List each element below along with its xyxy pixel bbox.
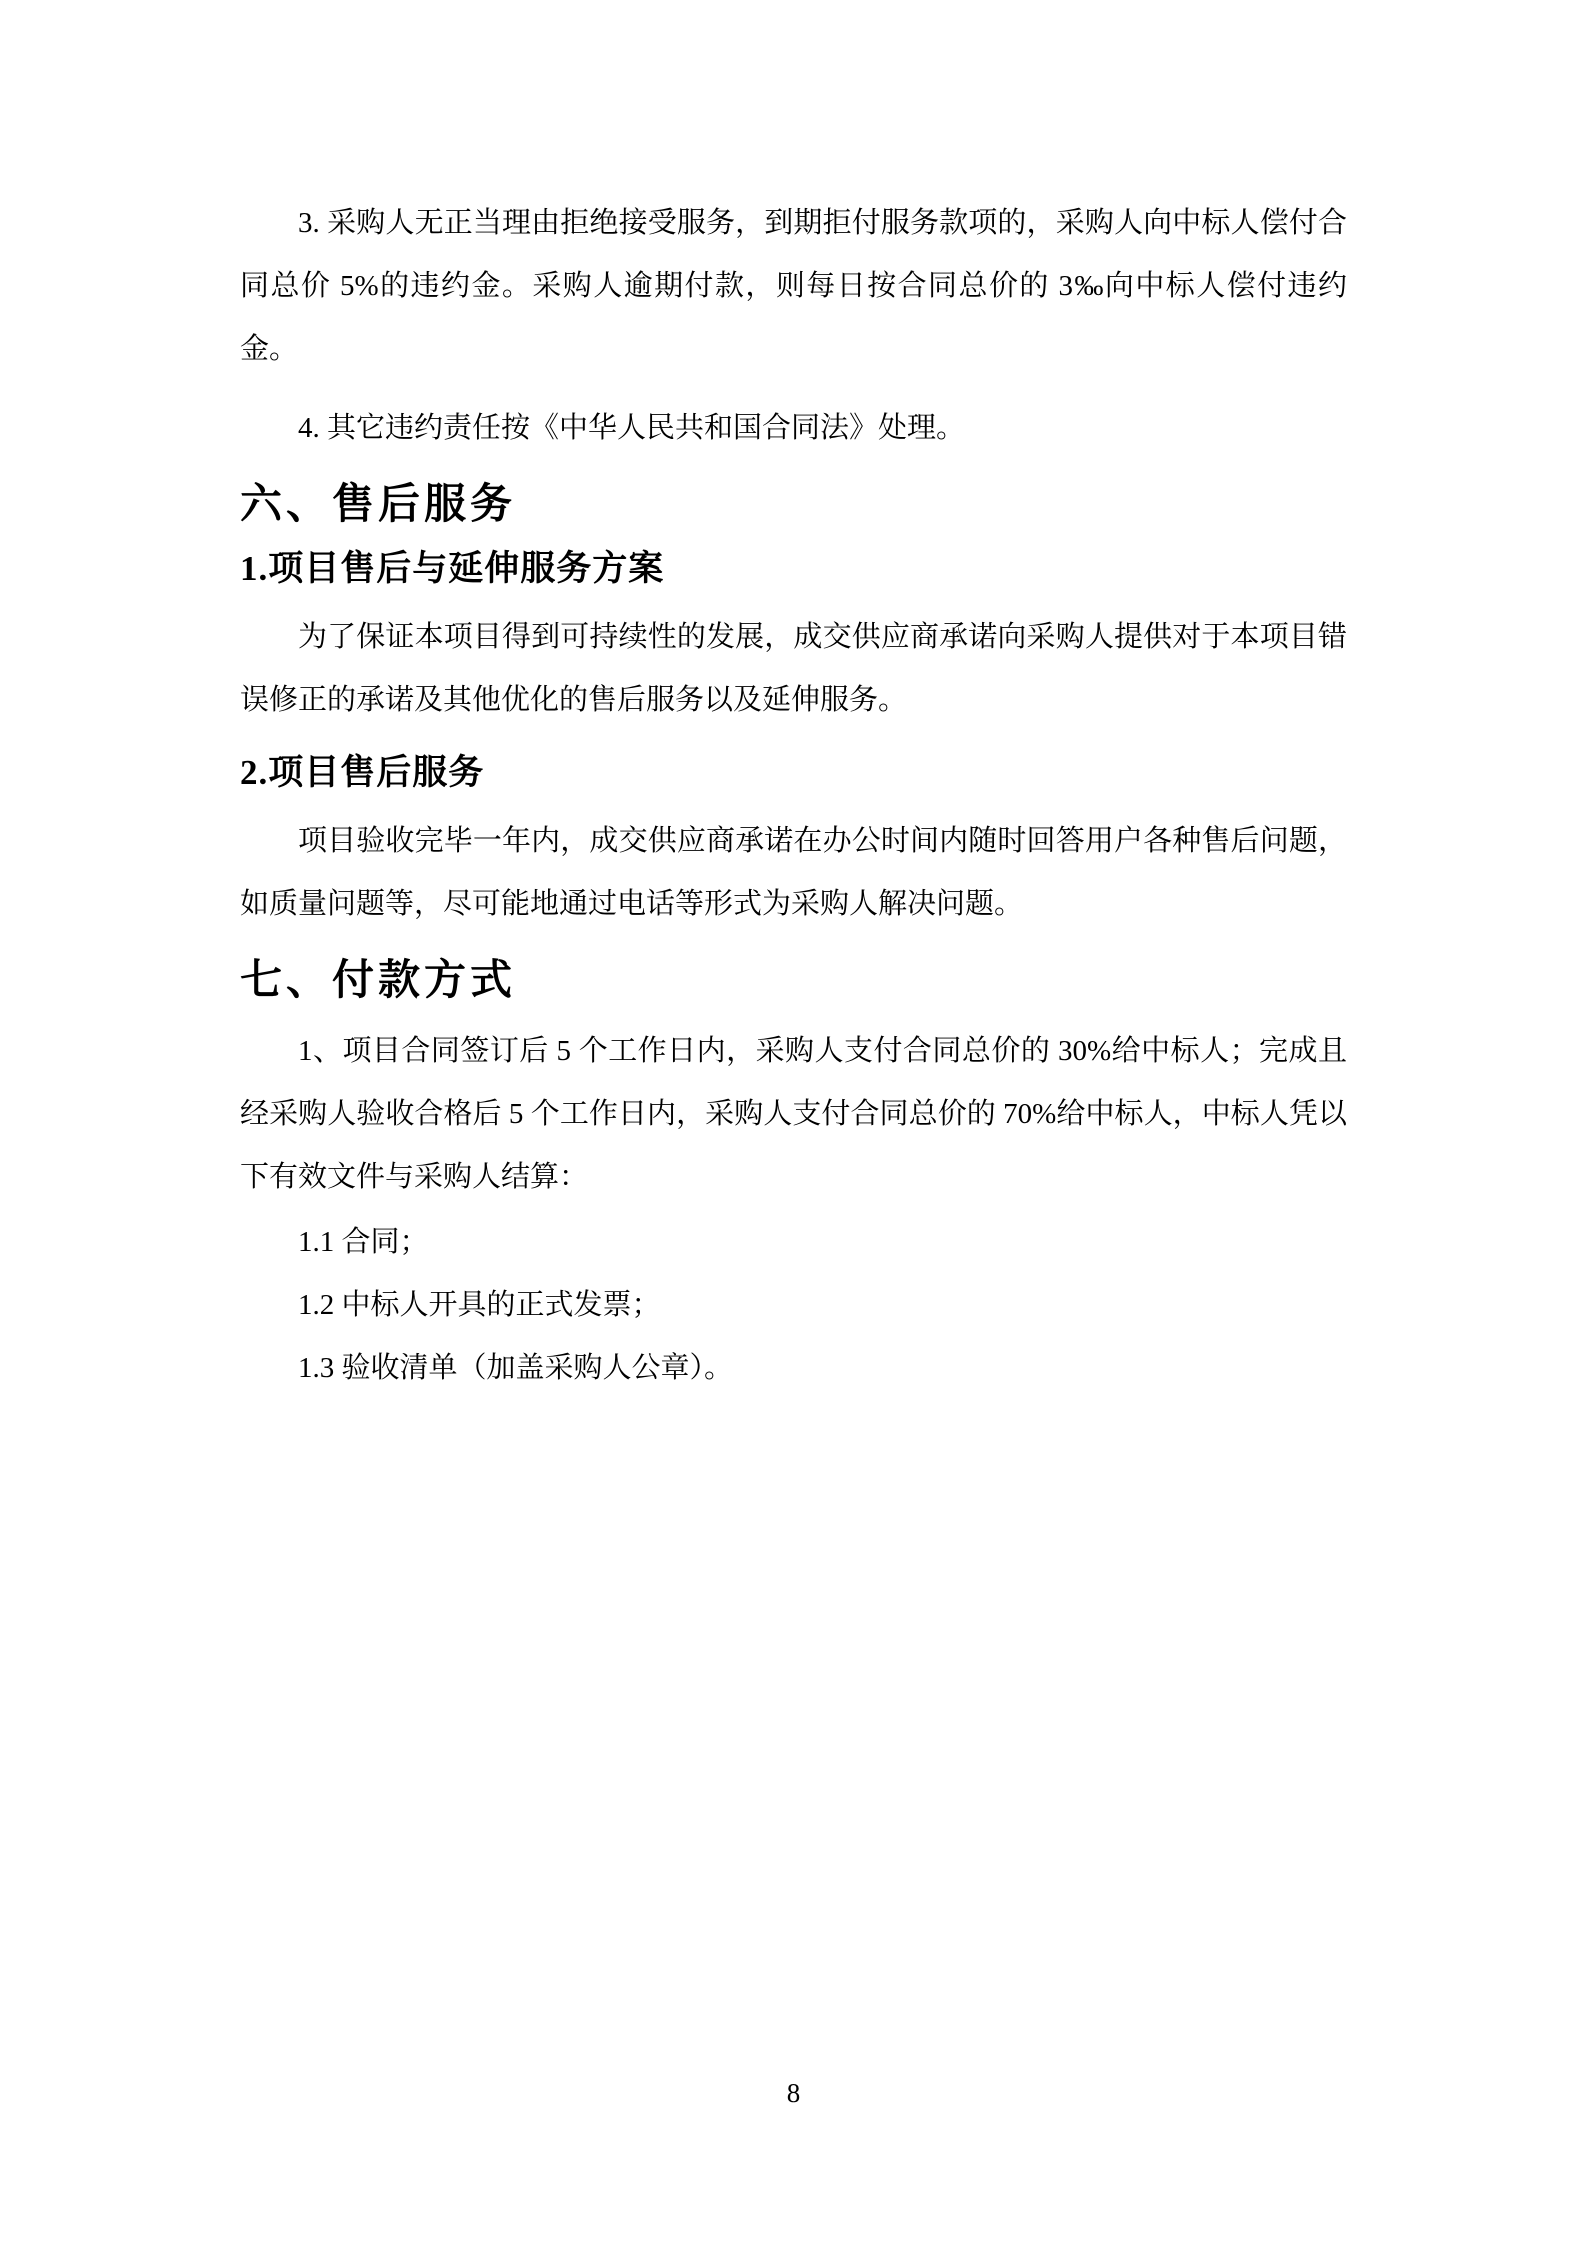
clause-3-breach-paragraph: 3. 采购人无正当理由拒绝接受服务，到期拒付服务款项的，采购人向中标人偿付合同总… xyxy=(240,192,1347,381)
settlement-item-acceptance-list: 1.3 验收清单（加盖采购人公章）。 xyxy=(240,1337,1347,1400)
subsection-6-1-paragraph: 为了保证本项目得到可持续性的发展，成交供应商承诺向采购人提供对于本项目错误修正的… xyxy=(240,606,1347,732)
subsection-6-2-heading: 2.项目售后服务 xyxy=(240,748,1347,798)
clause-4-other-liability-paragraph: 4. 其它违约责任按《中华人民共和国合同法》处理。 xyxy=(240,397,1347,460)
subsection-6-1-heading: 1.项目售后与延伸服务方案 xyxy=(240,544,1347,594)
document-content: 3. 采购人无正当理由拒绝接受服务，到期拒付服务款项的，采购人向中标人偿付合同总… xyxy=(0,0,1587,1400)
section-6-after-sales-heading: 六、售后服务 xyxy=(240,476,1347,534)
subsection-6-2-paragraph: 项目验收完毕一年内，成交供应商承诺在办公时间内随时回答用户各种售后问题，如质量问… xyxy=(240,810,1347,936)
section-7-payment-heading: 七、付款方式 xyxy=(240,952,1347,1010)
settlement-item-contract: 1.1 合同； xyxy=(240,1211,1347,1274)
page-number: 8 xyxy=(0,2078,1587,2108)
document-page: 3. 采购人无正当理由拒绝接受服务，到期拒付服务款项的，采购人向中标人偿付合同总… xyxy=(0,0,1587,2245)
payment-terms-paragraph: 1、项目合同签订后 5 个工作日内，采购人支付合同总价的 30%给中标人；完成且… xyxy=(240,1020,1347,1209)
settlement-item-invoice: 1.2 中标人开具的正式发票； xyxy=(240,1274,1347,1337)
